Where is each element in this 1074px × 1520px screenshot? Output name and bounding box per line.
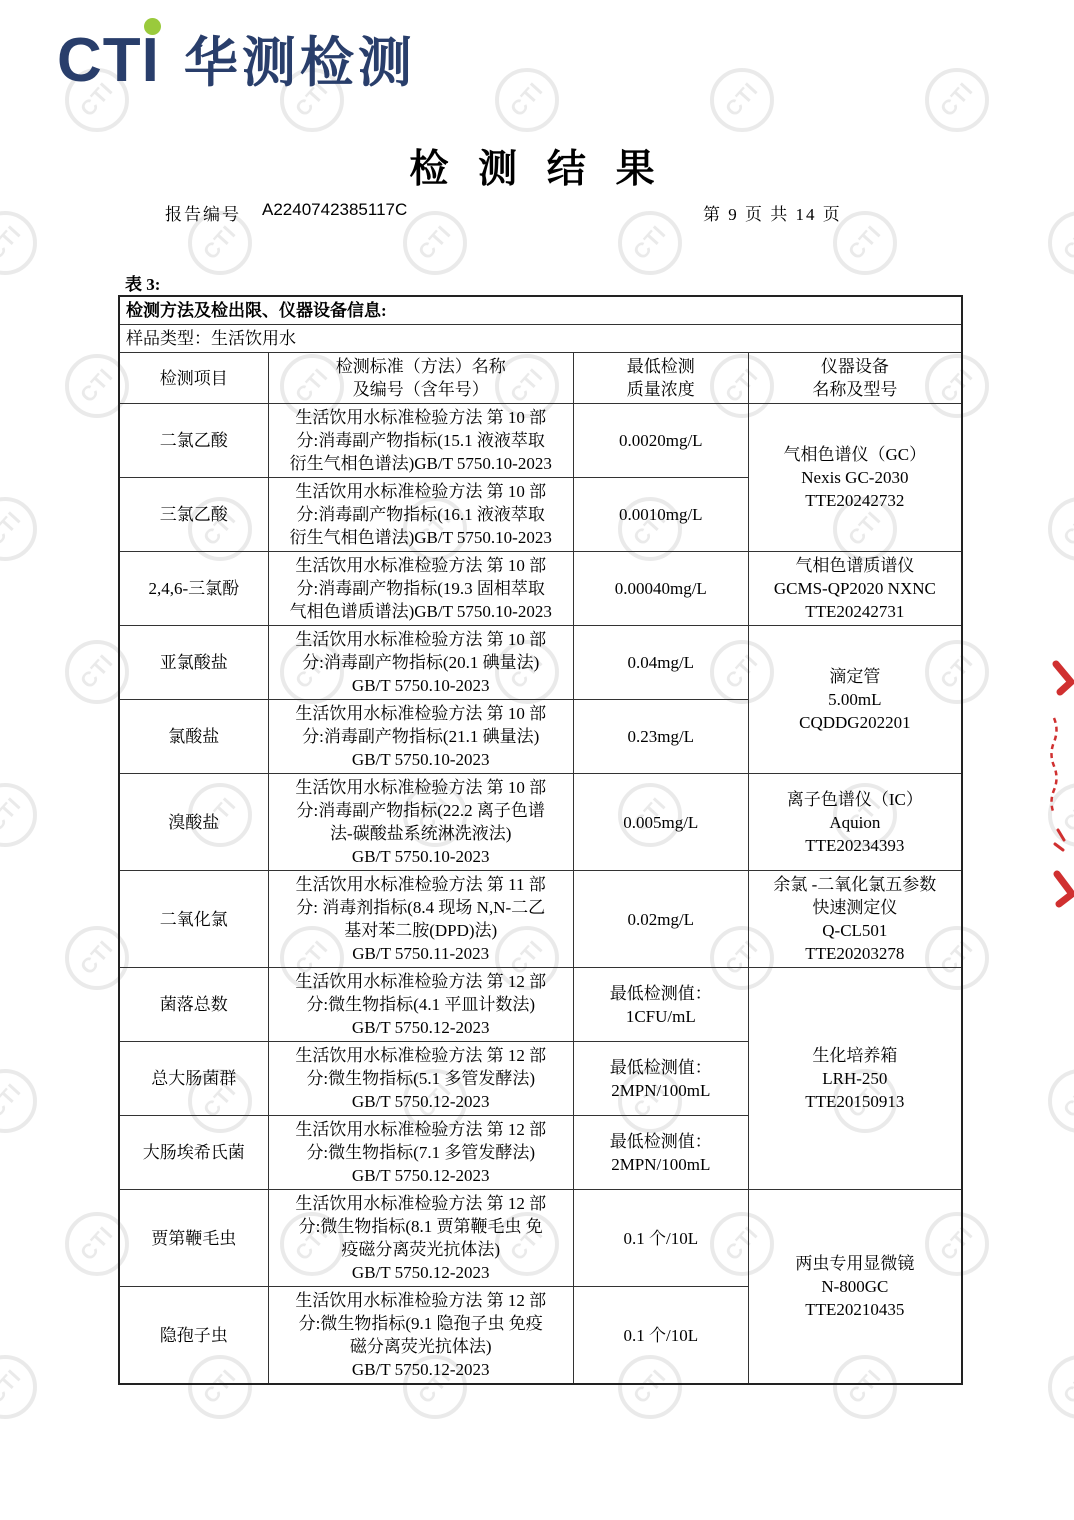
detection-methods-table: 检测方法及检出限、仪器设备信息: 样品类型：生活饮用水 检测项目 检测标准（方法… bbox=[118, 295, 963, 1385]
page-number-indicator: 第 9 页 共 14 页 bbox=[703, 200, 842, 225]
instrument-cell: 余氯 -二氧化氯五参数 快速测定仪 Q-CL501 TTE20203278 bbox=[748, 871, 962, 968]
table-row: 溴酸盐生活饮用水标准检验方法 第 10 部 分:消毒副产物指标(22.2 离子色… bbox=[119, 774, 962, 871]
method-cell: 生活饮用水标准检验方法 第 10 部 分:消毒副产物指标(15.1 液液萃取 衍… bbox=[268, 404, 573, 478]
item-cell: 氯酸盐 bbox=[119, 700, 268, 774]
table-row: 亚氯酸盐生活饮用水标准检验方法 第 10 部 分:消毒副产物指标(20.1 碘量… bbox=[119, 626, 962, 700]
limit-cell: 最低检测值： 2MPN/100mL bbox=[573, 1116, 748, 1190]
instrument-cell: 气相色谱仪（GC） Nexis GC-2030 TTE20242732 bbox=[748, 404, 962, 552]
item-cell: 大肠埃希氏菌 bbox=[119, 1116, 268, 1190]
table-label: 表 3: bbox=[125, 270, 160, 295]
limit-cell: 0.0020mg/L bbox=[573, 404, 748, 478]
method-cell: 生活饮用水标准检验方法 第 12 部 分:微生物指标(8.1 贾第鞭毛虫 免 疫… bbox=[268, 1190, 573, 1287]
instrument-cell: 气相色谱质谱仪 GCMS-QP2020 NXNC TTE20242731 bbox=[748, 552, 962, 626]
cti-watermark-icon: CTI bbox=[925, 68, 989, 132]
method-cell: 生活饮用水标准检验方法 第 10 部 分:消毒副产物指标(20.1 碘量法) G… bbox=[268, 626, 573, 700]
limit-cell: 0.005mg/L bbox=[573, 774, 748, 871]
item-cell: 总大肠菌群 bbox=[119, 1042, 268, 1116]
brand-name: 华测检测 bbox=[184, 35, 416, 92]
cti-watermark-icon: CTI bbox=[495, 68, 559, 132]
method-cell: 生活饮用水标准检验方法 第 10 部 分:消毒副产物指标(19.3 固相萃取 气… bbox=[268, 552, 573, 626]
cti-watermark-icon: CTI bbox=[710, 68, 774, 132]
method-cell: 生活饮用水标准检验方法 第 10 部 分:消毒副产物指标(21.1 碘量法) G… bbox=[268, 700, 573, 774]
report-number-value: A2240742385117C bbox=[262, 200, 407, 220]
cti-watermark-icon: CTI bbox=[0, 783, 37, 847]
cti-logo: CTI bbox=[57, 30, 160, 92]
limit-cell: 最低检测值： 2MPN/100mL bbox=[573, 1042, 748, 1116]
limit-cell: 0.02mg/L bbox=[573, 871, 748, 968]
report-number-label: 报告编号 bbox=[165, 200, 241, 225]
item-cell: 三氯乙酸 bbox=[119, 478, 268, 552]
cti-watermark-icon: CTI bbox=[1048, 1069, 1074, 1133]
report-page: CTICTICTICTICTICTICTICTICTICTICTICTICTIC… bbox=[0, 0, 1074, 1520]
table-row: 2,4,6-三氯酚生活饮用水标准检验方法 第 10 部 分:消毒副产物指标(19… bbox=[119, 552, 962, 626]
page-title: 检 测 结 果 bbox=[0, 138, 1074, 194]
item-cell: 贾第鞭毛虫 bbox=[119, 1190, 268, 1287]
table-row: 贾第鞭毛虫生活饮用水标准检验方法 第 12 部 分:微生物指标(8.1 贾第鞭毛… bbox=[119, 1190, 962, 1287]
cti-watermark-icon: CTI bbox=[0, 497, 37, 561]
cti-watermark-icon: CTI bbox=[618, 211, 682, 275]
limit-cell: 0.1 个/10L bbox=[573, 1190, 748, 1287]
limit-cell: 0.00040mg/L bbox=[573, 552, 748, 626]
sample-type: 样品类型：生活饮用水 bbox=[119, 325, 962, 353]
item-cell: 二氧化氯 bbox=[119, 871, 268, 968]
method-cell: 生活饮用水标准检验方法 第 12 部 分:微生物指标(9.1 隐孢子虫 免疫 磁… bbox=[268, 1287, 573, 1385]
cti-watermark-icon: CTI bbox=[1048, 1355, 1074, 1419]
sample-type-row: 样品类型：生活饮用水 bbox=[119, 325, 962, 353]
item-cell: 隐孢子虫 bbox=[119, 1287, 268, 1385]
table-row: 二氧化氯生活饮用水标准检验方法 第 11 部 分: 消毒剂指标(8.4 现场 N… bbox=[119, 871, 962, 968]
limit-cell: 最低检测值： 1CFU/mL bbox=[573, 968, 748, 1042]
method-cell: 生活饮用水标准检验方法 第 12 部 分:微生物指标(7.1 多管发酵法) GB… bbox=[268, 1116, 573, 1190]
table-section-header: 检测方法及检出限、仪器设备信息: bbox=[119, 296, 962, 325]
column-header-instrument: 仪器设备 名称及型号 bbox=[748, 353, 962, 404]
instrument-cell: 两虫专用显微镜 N-800GC TTE20210435 bbox=[748, 1190, 962, 1385]
item-cell: 溴酸盐 bbox=[119, 774, 268, 871]
instrument-cell: 离子色谱仪（IC） Aquion TTE20234393 bbox=[748, 774, 962, 871]
cti-watermark-icon: CTI bbox=[0, 1069, 37, 1133]
limit-cell: 0.23mg/L bbox=[573, 700, 748, 774]
header-logo: CTI 华测检测 bbox=[57, 30, 416, 92]
table-row: 菌落总数生活饮用水标准检验方法 第 12 部 分:微生物指标(4.1 平皿计数法… bbox=[119, 968, 962, 1042]
instrument-cell: 生化培养箱 LRH-250 TTE20150913 bbox=[748, 968, 962, 1190]
table-section-header-row: 检测方法及检出限、仪器设备信息: bbox=[119, 296, 962, 325]
item-cell: 2,4,6-三氯酚 bbox=[119, 552, 268, 626]
table-row: 二氯乙酸生活饮用水标准检验方法 第 10 部 分:消毒副产物指标(15.1 液液… bbox=[119, 404, 962, 478]
method-cell: 生活饮用水标准检验方法 第 10 部 分:消毒副产物指标(22.2 离子色谱 法… bbox=[268, 774, 573, 871]
method-cell: 生活饮用水标准检验方法 第 11 部 分: 消毒剂指标(8.4 现场 N,N-二… bbox=[268, 871, 573, 968]
column-header-item: 检测项目 bbox=[119, 353, 268, 404]
instrument-cell: 滴定管 5.00mL CQDDG202201 bbox=[748, 626, 962, 774]
cti-logo-text: CTI bbox=[57, 26, 160, 95]
column-header-row: 检测项目 检测标准（方法）名称 及编号（含年号） 最低检测 质量浓度 仪器设备 … bbox=[119, 353, 962, 404]
limit-cell: 0.04mg/L bbox=[573, 626, 748, 700]
item-cell: 菌落总数 bbox=[119, 968, 268, 1042]
limit-cell: 0.0010mg/L bbox=[573, 478, 748, 552]
cti-watermark-icon: CTI bbox=[1048, 497, 1074, 561]
method-cell: 生活饮用水标准检验方法 第 10 部 分:消毒副产物指标(16.1 液液萃取 衍… bbox=[268, 478, 573, 552]
red-seal-fragment bbox=[1046, 652, 1074, 917]
cti-watermark-icon: CTI bbox=[833, 211, 897, 275]
cti-watermark-icon: CTI bbox=[403, 211, 467, 275]
method-cell: 生活饮用水标准检验方法 第 12 部 分:微生物指标(4.1 平皿计数法) GB… bbox=[268, 968, 573, 1042]
method-cell: 生活饮用水标准检验方法 第 12 部 分:微生物指标(5.1 多管发酵法) GB… bbox=[268, 1042, 573, 1116]
column-header-method: 检测标准（方法）名称 及编号（含年号） bbox=[268, 353, 573, 404]
cti-watermark-icon: CTI bbox=[0, 211, 37, 275]
item-cell: 亚氯酸盐 bbox=[119, 626, 268, 700]
item-cell: 二氯乙酸 bbox=[119, 404, 268, 478]
cti-watermark-icon: CTI bbox=[0, 1355, 37, 1419]
cti-watermark-icon: CTI bbox=[1048, 211, 1074, 275]
column-header-limit: 最低检测 质量浓度 bbox=[573, 353, 748, 404]
limit-cell: 0.1 个/10L bbox=[573, 1287, 748, 1385]
cti-logo-green-dot-icon bbox=[144, 18, 161, 35]
